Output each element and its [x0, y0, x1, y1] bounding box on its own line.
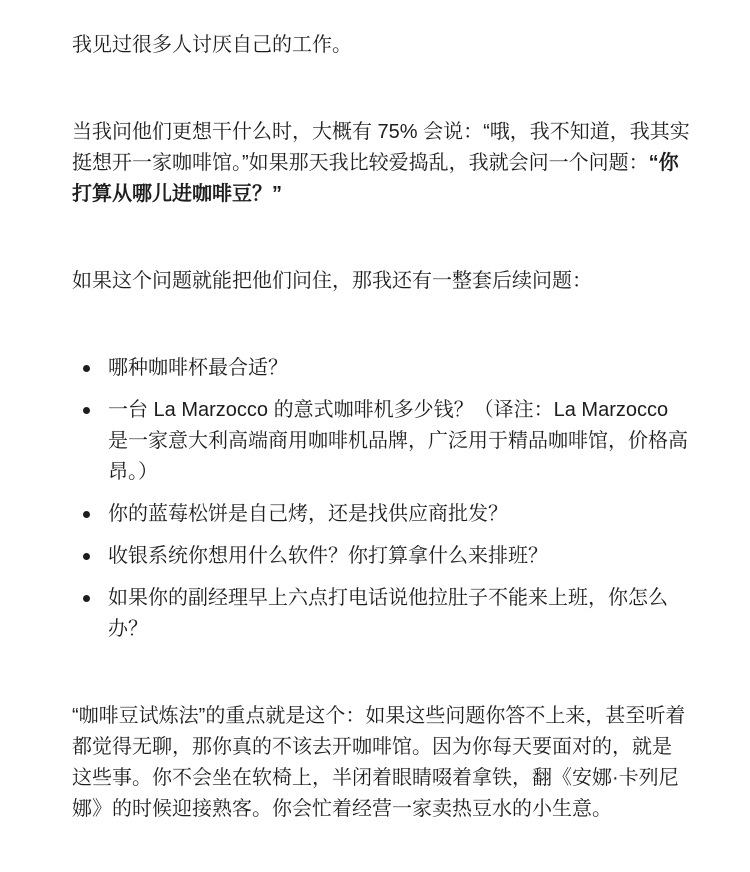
list-item-text: 如果你的副经理早上六点打电话说他拉肚子不能来上班，你怎么办？	[108, 587, 668, 640]
text-run: 我见过很多人讨厌自己的工作。	[72, 34, 352, 56]
bullet-icon	[83, 511, 90, 518]
list-item-text: 你的蓝莓松饼是自己烤，还是找供应商批发？	[108, 503, 508, 525]
list-item-text: 哪种咖啡杯最合适？	[108, 357, 288, 379]
closing-paragraph: “咖啡豆试炼法”的重点就是这个：如果这些问题你答不上来，甚至听着都觉得无聊，那你…	[72, 701, 690, 825]
list-item: 一台 La Marzocco 的意式咖啡机多少钱？（译注：La Marzocco…	[72, 395, 690, 488]
text-run: “咖啡豆试炼法”的重点就是这个：如果这些问题你答不上来，甚至听着都觉得无聊，那你…	[72, 705, 685, 820]
list-item: 你的蓝莓松饼是自己烤，还是找供应商批发？	[72, 499, 690, 530]
list-item: 收银系统你想用什么软件？你打算拿什么来排班？	[72, 541, 690, 572]
article: 我见过很多人讨厌自己的工作。当我问他们更想干什么时，大概有 75% 会说：“哦，…	[0, 0, 750, 845]
coffee-shop-paragraph: 当我问他们更想干什么时，大概有 75% 会说：“哦，我不知道，我其实挺想开一家咖…	[72, 117, 690, 210]
list-item: 如果你的副经理早上六点打电话说他拉肚子不能来上班，你怎么办？	[72, 583, 690, 645]
bullet-icon	[83, 553, 90, 560]
bullet-icon	[83, 407, 90, 414]
list-item-text: 收银系统你想用什么软件？你打算拿什么来排班？	[108, 545, 548, 567]
list-item: 哪种咖啡杯最合适？	[72, 353, 690, 384]
text-run: 如果这个问题就能把他们问住，那我还有一整套后续问题：	[72, 270, 592, 292]
bullet-icon	[83, 595, 90, 602]
followup-questions-list: 哪种咖啡杯最合适？一台 La Marzocco 的意式咖啡机多少钱？（译注：La…	[72, 353, 690, 645]
bullet-icon	[83, 365, 90, 372]
text-run: 当我问他们更想干什么时，大概有 75% 会说：“哦，我不知道，我其实挺想开一家咖…	[72, 121, 690, 174]
intro-paragraph: 我见过很多人讨厌自己的工作。	[72, 30, 690, 61]
list-item-text: 一台 La Marzocco 的意式咖啡机多少钱？（译注：La Marzocco…	[108, 399, 688, 483]
followup-intro-paragraph: 如果这个问题就能把他们问住，那我还有一整套后续问题：	[72, 266, 690, 297]
